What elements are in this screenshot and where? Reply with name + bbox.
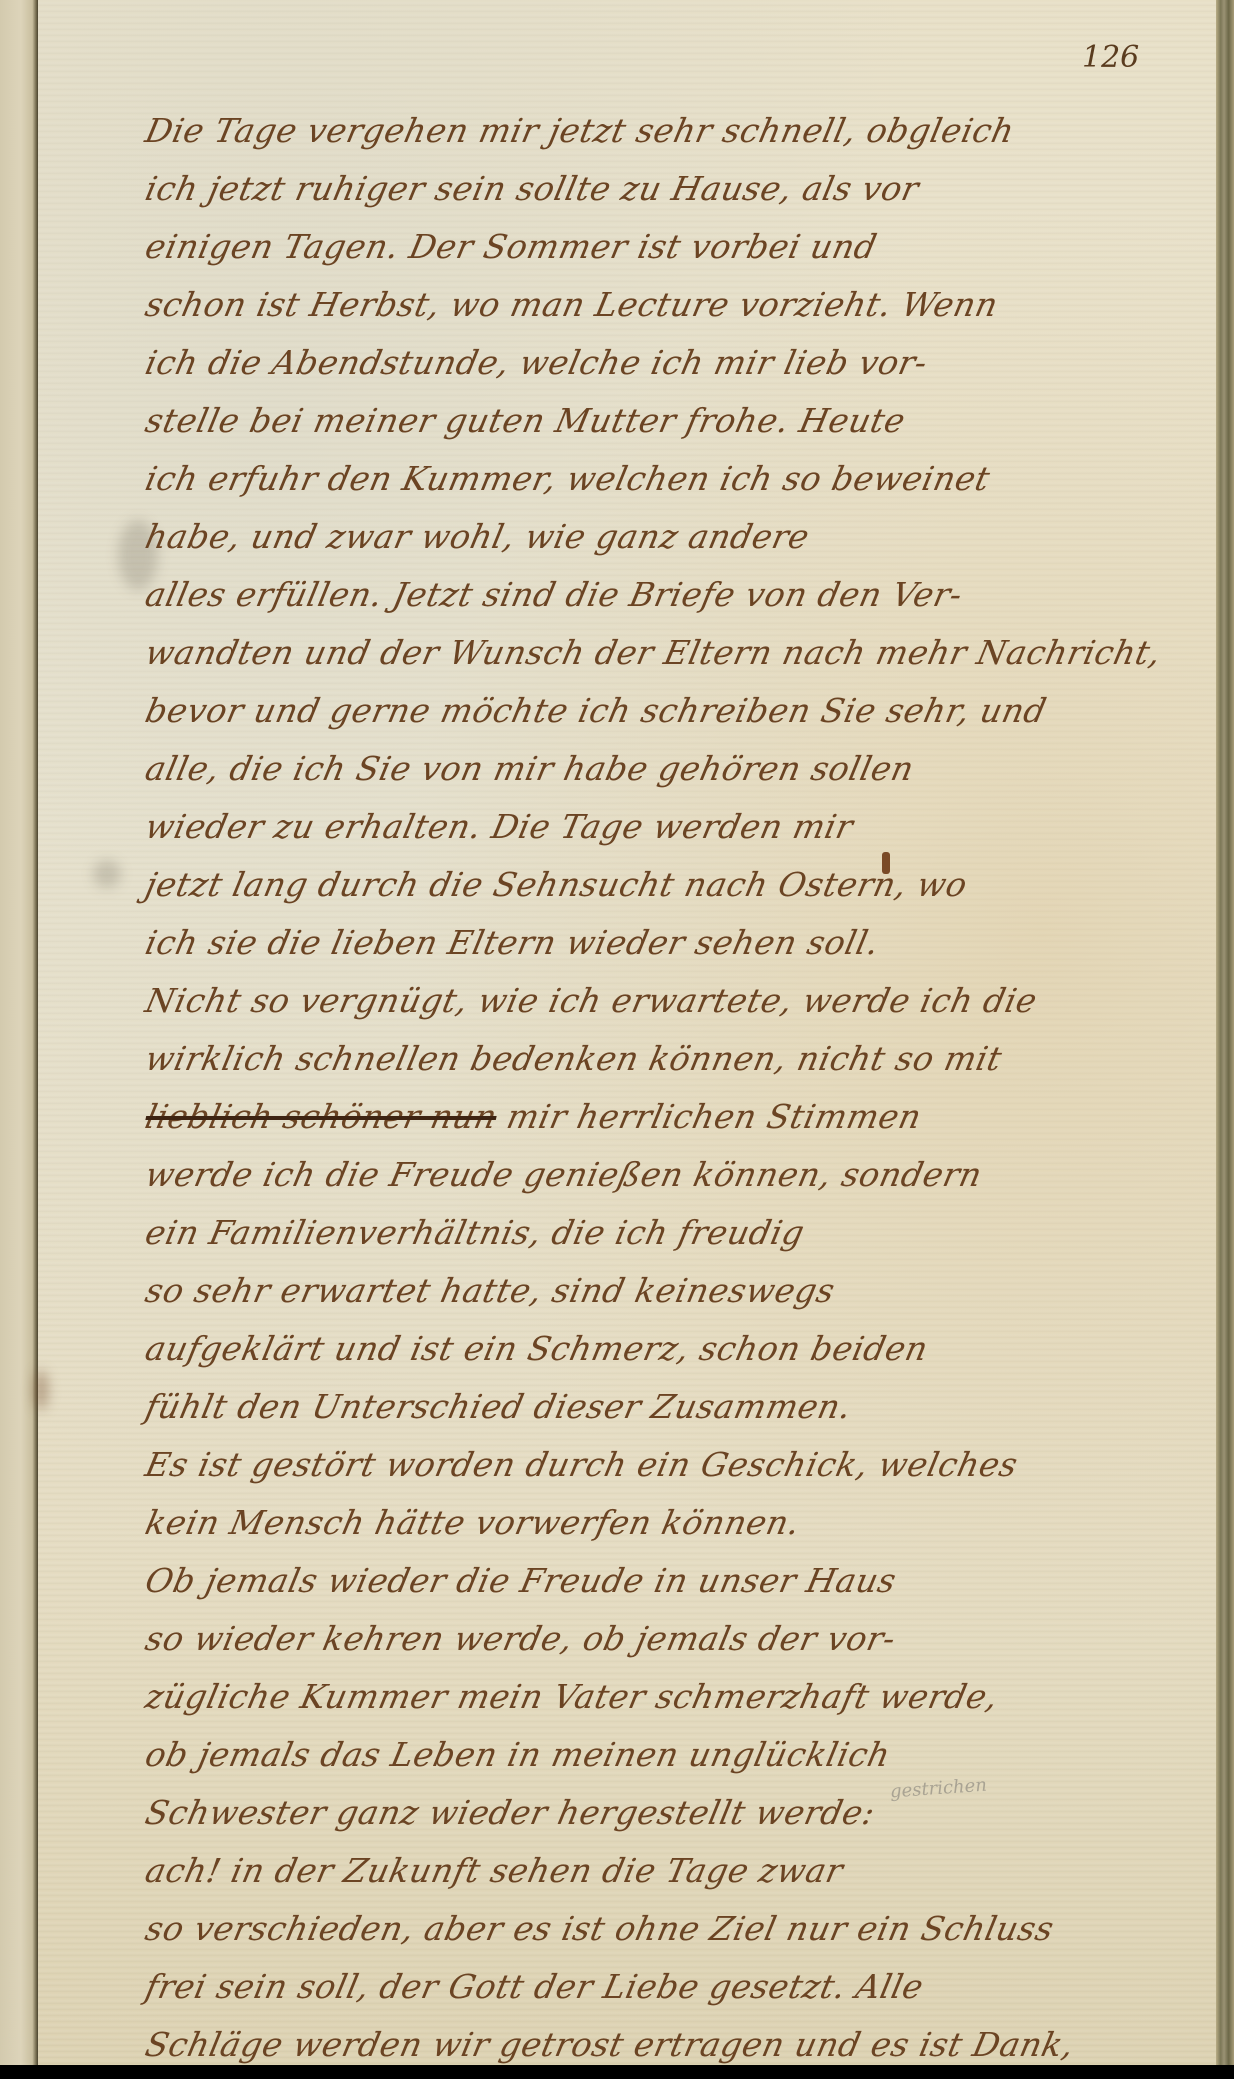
text-line: ach! in der Zukunft sehen die Tage zwar	[140, 1842, 1052, 1900]
text-line: aufgeklärt und ist ein Schmerz, schon be…	[140, 1320, 1052, 1378]
text-line: so wieder kehren werde, ob jemals der vo…	[140, 1610, 1052, 1668]
text-line: wirklich schnellen bedenken können, nich…	[140, 1030, 1052, 1088]
text-line: kein Mensch hätte vorwerfen können.	[140, 1494, 1052, 1552]
book-binding-edge	[1216, 0, 1234, 2065]
text-line: ich erfuhr den Kummer, welchen ich so be…	[140, 450, 1052, 508]
text-line: Es ist gestört worden durch ein Geschick…	[140, 1436, 1052, 1494]
text-line: werde ich die Freude genießen können, so…	[140, 1146, 1052, 1204]
page-number: 126	[1082, 40, 1139, 75]
text-line: ich sie die lieben Eltern wieder sehen s…	[140, 914, 1052, 972]
text-line: fühlt den Unterschied dieser Zusammen.	[140, 1378, 1052, 1436]
text-line: schon ist Herbst, wo man Lecture vorzieh…	[140, 276, 1052, 334]
text-line-with-strikethrough: lieblich schöner nun mir herrlichen Stim…	[140, 1088, 1052, 1146]
left-page-gutter	[0, 0, 38, 2065]
text-line: Die Tage vergehen mir jetzt sehr schnell…	[140, 102, 1052, 160]
text-line: Ob jemals wieder die Freude in unser Hau…	[140, 1552, 1052, 1610]
text-line: stelle bei meiner guten Mutter frohe. He…	[140, 392, 1052, 450]
text-line: wandten und der Wunsch der Eltern nach m…	[140, 624, 1052, 682]
text-line: ob jemals das Leben in meinen unglücklic…	[140, 1726, 1052, 1784]
text-line: ich jetzt ruhiger sein sollte zu Hause, …	[140, 160, 1052, 218]
manuscript-scan: 126 Die Tage vergehen mir jetzt sehr sch…	[0, 0, 1234, 2065]
text-line: ein Familienverhältnis, die ich freudig	[140, 1204, 1052, 1262]
handwritten-text-block: Die Tage vergehen mir jetzt sehr schnell…	[146, 102, 1046, 2074]
text-line: frei sein soll, der Gott der Liebe geset…	[140, 1958, 1052, 2016]
text-line: bevor und gerne möchte ich schreiben Sie…	[140, 682, 1052, 740]
text-line: Nicht so vergnügt, wie ich erwartete, we…	[140, 972, 1052, 1030]
text-line: alle, die ich Sie von mir habe gehören s…	[140, 740, 1052, 798]
ink-smudge	[34, 1370, 48, 1410]
ink-blot	[882, 852, 890, 874]
text-line: einigen Tagen. Der Sommer ist vorbei und	[140, 218, 1052, 276]
text-line: ich die Abendstunde, welche ich mir lieb…	[140, 334, 1052, 392]
text-line: jetzt lang durch die Sehnsucht nach Oste…	[140, 856, 1052, 914]
text-line: so verschieden, aber es ist ohne Ziel nu…	[140, 1900, 1052, 1958]
struck-text: lieblich schöner nun	[142, 1097, 501, 1136]
text-line: alles erfüllen. Jetzt sind die Briefe vo…	[140, 566, 1052, 624]
text-line: so sehr erwartet hatte, sind keineswegs	[140, 1262, 1052, 1320]
text-line-remainder: mir herrlichen Stimmen	[503, 1097, 925, 1136]
ink-smudge	[93, 860, 121, 888]
text-line: Schläge werden wir getrost ertragen und …	[140, 2016, 1052, 2074]
text-line: habe, und zwar wohl, wie ganz andere	[140, 508, 1052, 566]
text-line: wieder zu erhalten. Die Tage werden mir	[140, 798, 1052, 856]
text-line: zügliche Kummer mein Vater schmerzhaft w…	[140, 1668, 1052, 1726]
